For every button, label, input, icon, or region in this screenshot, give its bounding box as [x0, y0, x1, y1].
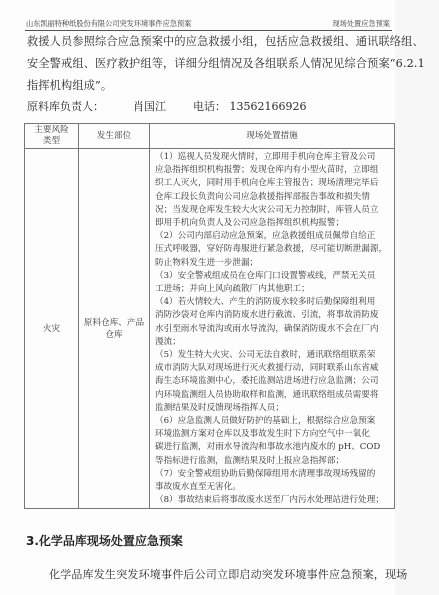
section-paragraph: 化学品库发生突发环境事件后公司立即启动突发环境事件应急预案，现场: [49, 566, 407, 582]
measure-line: 仓库工段长负责向公司应急救援指挥部报告事故和损失情: [155, 191, 391, 204]
intro-line: 指挥机构组成”。: [27, 75, 395, 97]
measure-line: 等指标进行监测，监测结果及时上报应急指挥部；: [155, 455, 391, 468]
cell-location-line: 原料仓库、产品: [79, 317, 149, 329]
header-location: 发生部位: [79, 124, 150, 149]
measure-line: 漫流；: [155, 336, 391, 349]
measure-line: 织工人灭火，同时用手机向仓库主管报告；现场清理完毕后: [155, 177, 391, 190]
measure-line: （5）发生特大火灾、公司无法自救时，通讯联络组联系荣: [155, 349, 391, 362]
measure-line: 水引至雨水导流沟或雨水导流沟，确保消防废水不会在厂内: [155, 323, 391, 336]
contact-name: 肖国江: [133, 98, 166, 114]
measure-line: 海生态环境监测中心，委托监测站进场进行应急监测；公司: [155, 375, 391, 388]
measure-line: 况；当发现仓库发生较大火灾公司无力控制时，库管人员立: [155, 204, 391, 217]
header-company-title: 山东凯丽特种纸股份有限公司突发环境事件应急预案: [26, 19, 191, 29]
header-risk-type: 主要风险 类型: [25, 124, 79, 149]
measure-line: 事故废水直至无害化。: [155, 481, 391, 494]
header-risk-type-line: 主要风险: [25, 125, 78, 136]
measure-line: 即用手机向负责人及公司应急指挥组织机构报警；: [155, 217, 391, 230]
measure-line: 成市消防大队对现场进行灭火救援行动，同时联系山东省威: [155, 362, 391, 375]
measure-line: （2）公司内部启动应急预案，应急救援组成员佩带自给正: [155, 230, 391, 243]
intro-paragraph: 救援人员参照综合应急预案中的应急救援小组，包括应急救援组、通讯联络组、 安全警戒…: [27, 31, 395, 97]
measure-line: 消防沙袋对仓库内消防废水进行截流、引流，将事故消防废: [155, 309, 391, 322]
measure-line: （6）应急监测人员做好防护的基础上，根据综合应急预案: [155, 415, 391, 428]
measure-line: （3）安全警戒组成员在仓库门口设置警戒线，严禁无关员: [155, 270, 391, 283]
cell-risk-type: 火灾: [25, 149, 79, 509]
measure-line: 工进场；并向上风向疏散厂内其他职工；: [155, 283, 391, 296]
intro-line: 救援人员参照综合应急预案中的应急救援小组，包括应急救援组、通讯联络组、: [27, 31, 395, 53]
measure-line: （8）事故结束后将事故废水送至厂内污水处理站进行处理；: [155, 494, 391, 507]
table-row: 火灾 原料仓库、产品 仓库 （1）巡视人员发现火情时，立即用手机向仓库主管及公司…: [25, 149, 395, 509]
measure-line: 碳进行监测，对雨水导流沟和事故水池内废水的 pH、COD: [155, 441, 391, 454]
measure-line: 内环境监测组人员协助取样和监测，通讯联络组成员需要将: [155, 389, 391, 402]
risk-measures-table: 主要风险 类型 发生部位 现场处置措施 火灾 原料仓库、产品 仓库 （1）巡视人…: [24, 123, 395, 509]
contact-line: 原料库负责人： 肖国江 电话： 13562166926: [27, 98, 306, 114]
measure-line: （1）巡视人员发现火情时，立即用手机向仓库主管及公司: [155, 151, 391, 164]
section-heading: 3.化学品库现场处置应急预案: [26, 532, 183, 549]
cell-measures: （1）巡视人员发现火情时，立即用手机向仓库主管及公司 应急指挥组织机构报警；发现…: [150, 149, 395, 509]
measure-line: （7）安全警戒组协助后勤保障组用水清理事故现场残留的: [155, 468, 391, 481]
header-measures: 现场处置措施: [150, 124, 395, 149]
measure-line: 压式呼吸器，穿好防毒服进行紧急救援，尽可能切断泄漏源，: [155, 243, 391, 256]
header-section-title: 现场处置应急预案: [332, 19, 390, 29]
page-margin: [395, 0, 439, 595]
measure-line: 防止物料发生进一步泄漏；: [155, 257, 391, 270]
contact-role-label: 原料库负责人：: [27, 98, 104, 114]
contact-phone-label: 电话：: [193, 98, 226, 114]
contact-phone: 13562166926: [230, 100, 307, 113]
measure-line: 应急指挥组织机构报警；发现仓库内有小型火苗时，立即组: [155, 164, 391, 177]
header-risk-type-line: 类型: [25, 136, 78, 147]
measure-line: （4）若火情较大、产生的消防废水较多时后勤保障组利用: [155, 296, 391, 309]
intro-line: 安全警戒组、医疗救护组等，详细分组情况及各组联系人情况见综合预案“6.2.1: [27, 53, 395, 75]
running-header: 山东凯丽特种纸股份有限公司突发环境事件应急预案 现场处置应急预案: [25, 16, 392, 31]
measure-line: 监测结果及时反馈现场指挥人员；: [155, 402, 391, 415]
measure-line: 环境监测方案对仓库以及事故发生时下方向空气中一氧化: [155, 428, 391, 441]
table-header-row: 主要风险 类型 发生部位 现场处置措施: [25, 124, 395, 149]
cell-location-line: 仓库: [79, 329, 149, 341]
cell-location: 原料仓库、产品 仓库: [79, 149, 150, 509]
